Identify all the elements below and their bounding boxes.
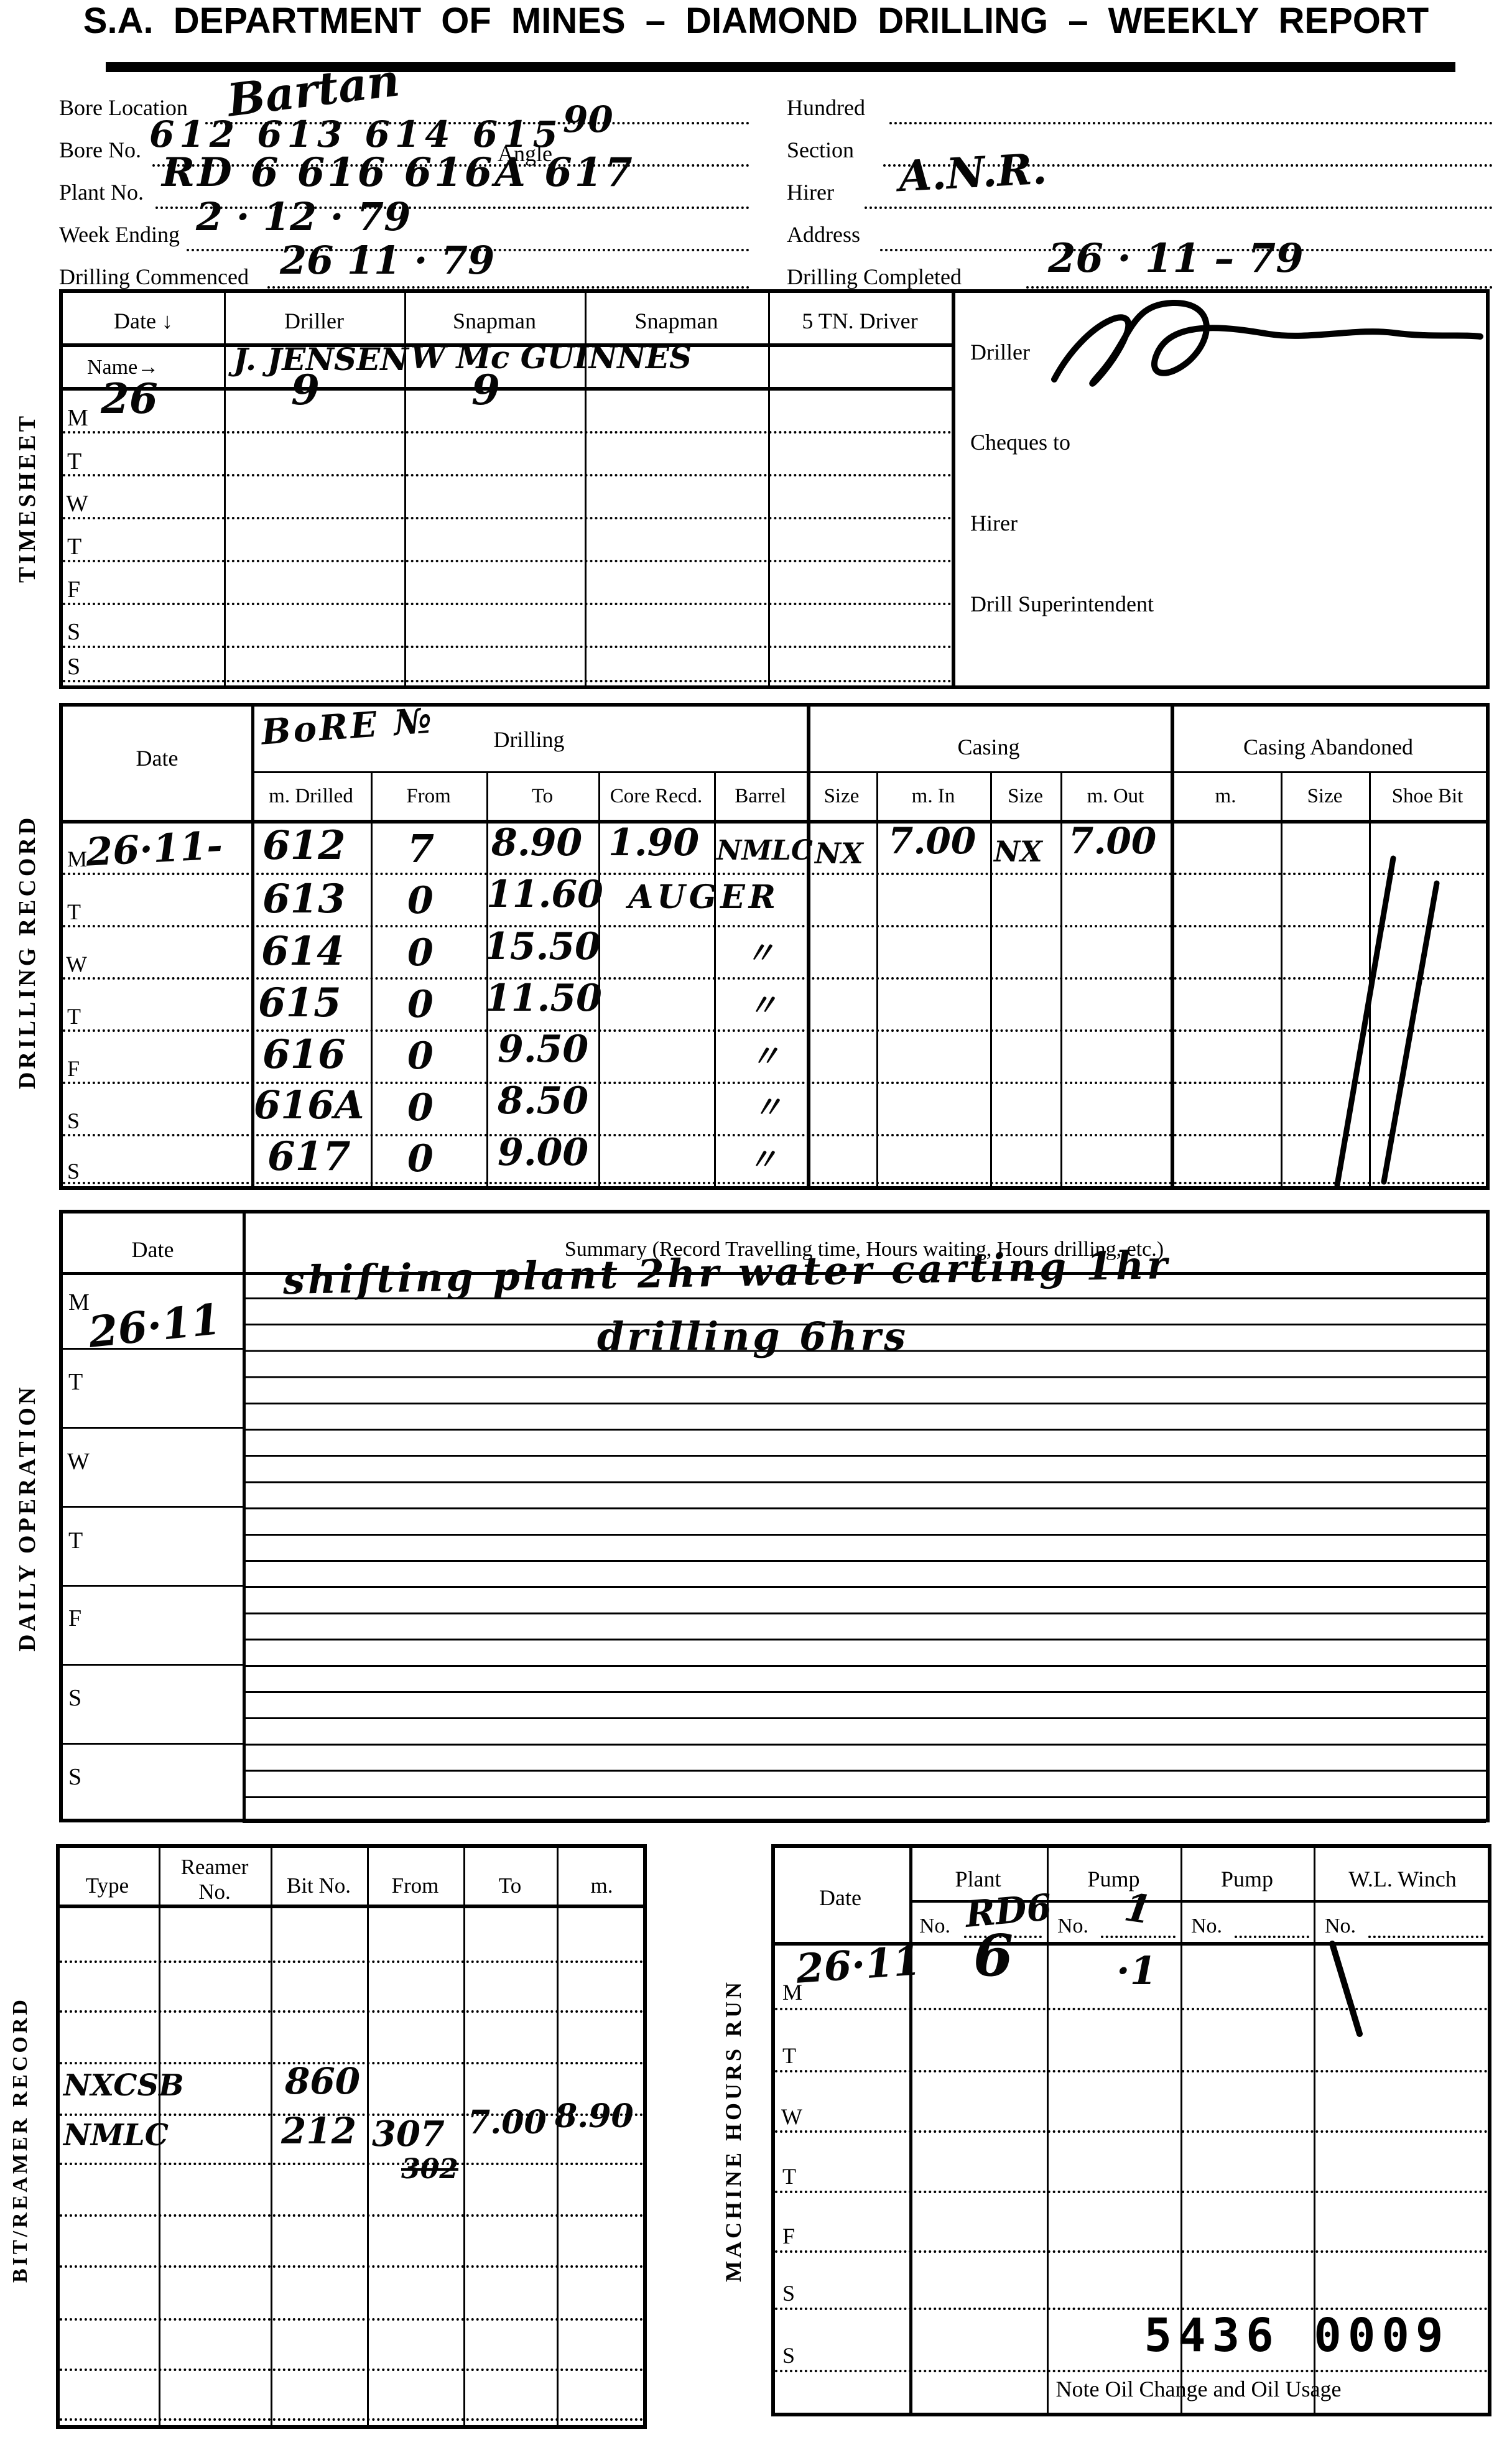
bit-row-line xyxy=(60,2214,643,2217)
timesheet-m-driller-hours: 9 xyxy=(291,366,320,414)
col-ab-size: Size xyxy=(1281,785,1369,808)
dr4-to: 9.50 xyxy=(498,1028,588,1071)
col-m-out: m. Out xyxy=(1060,785,1171,808)
drilling-row-line xyxy=(63,873,1486,875)
machine-m-date: 26·11 xyxy=(795,1937,922,1993)
machine-date-header: Date xyxy=(771,1885,909,1911)
daily-ruled-lines xyxy=(243,1297,1486,1823)
dr0-date: 26·11- xyxy=(85,822,223,875)
machine-pump1-no-label: No. xyxy=(1057,1914,1088,1938)
machine-row-line xyxy=(775,2130,1488,2133)
bore-no-label: Bore No. xyxy=(59,137,141,163)
sig-hirer-label: Hirer xyxy=(970,510,1018,536)
dr3-from: 0 xyxy=(407,983,434,1026)
machine-pump2-no-line xyxy=(1235,1936,1309,1938)
bit-col-type: Type xyxy=(56,1873,159,1898)
machine-row-line xyxy=(775,2370,1488,2372)
machine-plant-no-label: No. xyxy=(919,1914,950,1938)
timesheet-name-rule xyxy=(63,387,952,391)
dr2-bore: 614 xyxy=(261,928,345,975)
drilling-day-s2: S xyxy=(67,1158,80,1184)
bit-col-line xyxy=(463,1848,465,2425)
week-ending-value: 2 · 12 · 79 xyxy=(196,194,410,239)
drilling-row-line xyxy=(63,1182,1486,1184)
drilling-day-t2: T xyxy=(67,1003,81,1029)
casing-abandoned-strikethrough xyxy=(1275,846,1486,1188)
timesheet-sig-divider xyxy=(952,293,955,685)
col-core-recd: Core Recd. xyxy=(598,785,714,808)
machine-pump1-no-line xyxy=(1101,1936,1176,1938)
drilling-day-f: F xyxy=(67,1056,80,1082)
sig-superintendent-label: Drill Superintendent xyxy=(970,591,1154,617)
col-size2: Size xyxy=(990,785,1060,808)
bit-row-line xyxy=(60,1960,643,1963)
sig-driller-label: Driller xyxy=(970,339,1030,365)
timesheet-snapman-name: W Mc GUINNES xyxy=(410,339,692,376)
dr4-from: 0 xyxy=(407,1034,434,1078)
dr0-core: 1.90 xyxy=(608,821,699,865)
drilling-commenced-label: Drilling Commenced xyxy=(59,264,249,290)
drilling-commenced-line xyxy=(267,286,749,289)
bit-col-from: From xyxy=(367,1873,463,1898)
machine-group-pump2: Pump xyxy=(1180,1866,1314,1892)
bit-row5-m: 8.90 xyxy=(555,2097,634,2135)
dr0-size1: NX xyxy=(815,837,863,870)
dr1-core: AUGER xyxy=(628,878,779,916)
bit-row4-bit-no: 860 xyxy=(285,2060,360,2102)
daily-side-label: DAILY OPERATION xyxy=(14,1300,41,1735)
dr6-to: 9.00 xyxy=(498,1131,588,1174)
drilling-side-label: DRILLING RECORD xyxy=(14,753,41,1151)
hirer-value: A.N.R. xyxy=(897,144,1048,202)
dr5-from: 0 xyxy=(407,1086,434,1130)
bit-reamer-side-label: BIT/REAMER RECORD xyxy=(9,1885,32,2395)
col-ab-m: m. xyxy=(1171,785,1281,808)
bit-row-line xyxy=(60,2265,643,2268)
drilling-day-w: W xyxy=(66,951,87,977)
bit-col-m: m. xyxy=(557,1873,647,1898)
daily-date-header: Date xyxy=(63,1237,243,1263)
bit-col-line xyxy=(557,1848,559,2425)
bit-col-line xyxy=(367,1848,369,2425)
machine-side-label: MACHINE HOURS RUN xyxy=(720,1872,746,2388)
dr1-bore: 613 xyxy=(262,876,346,922)
timesheet-side-label: TIMESHEET xyxy=(14,348,41,647)
dr0-m-in: 7.00 xyxy=(888,820,976,862)
dr5-to: 8.50 xyxy=(498,1079,588,1123)
timesheet-day-s2: S xyxy=(67,653,80,680)
bit-row4-type: NXCSB xyxy=(63,2068,184,2103)
drilling-group-casing: Casing xyxy=(807,734,1171,760)
col-shoe-bit: Shoe Bit xyxy=(1369,785,1486,808)
drilling-group-abandoned: Casing Abandoned xyxy=(1171,734,1486,760)
daily-m-summary-line2: drilling 6hrs xyxy=(597,1314,909,1359)
timesheet-row-line xyxy=(63,474,952,476)
page-title: S.A. DEPARTMENT OF MINES – DIAMOND DRILL… xyxy=(0,0,1512,42)
week-ending-label: Week Ending xyxy=(59,221,180,248)
timesheet-col-snapman1: Snapman xyxy=(404,308,585,334)
dr5-bore: 616A xyxy=(254,1082,364,1128)
bit-col-reamer-1: Reamer xyxy=(159,1855,271,1880)
dr2-from: 0 xyxy=(407,931,434,975)
timesheet-driller-name: J. JENSEN xyxy=(233,341,409,378)
col-m-in: m. In xyxy=(876,785,990,808)
timesheet-day-s1: S xyxy=(67,618,80,646)
col-barrel: Barrel xyxy=(714,785,807,808)
machine-day-w: W xyxy=(781,2104,802,2130)
driller-signature xyxy=(1026,283,1486,414)
scanned-weekly-report: S.A. DEPARTMENT OF MINES – DIAMOND DRILL… xyxy=(0,0,1512,2450)
timesheet-row-line xyxy=(63,431,952,434)
timesheet-row-line xyxy=(63,646,952,648)
drilling-casing-divider xyxy=(807,707,810,1186)
daily-day-t1: T xyxy=(68,1368,83,1396)
dr3-barrel: 〃 xyxy=(748,981,777,1024)
dr0-barrel: NMLC xyxy=(717,835,813,866)
machine-row-line xyxy=(775,2191,1488,2193)
dr1-from: 0 xyxy=(407,879,434,922)
machine-oil-note: Note Oil Change and Oil Usage xyxy=(909,2376,1488,2402)
machine-winch-no-line xyxy=(1368,1936,1483,1938)
timesheet-day-f: F xyxy=(67,576,80,603)
bit-row-line xyxy=(60,2369,643,2371)
dr5-barrel: 〃 xyxy=(753,1083,782,1126)
plant-no-value: RD 6 616 616A 617 xyxy=(162,149,635,196)
timesheet-day-m: M xyxy=(67,404,88,432)
machine-day-t2: T xyxy=(782,2163,796,2189)
dr4-barrel: 〃 xyxy=(750,1032,780,1075)
machine-group-winch: W.L. Winch xyxy=(1314,1866,1491,1892)
dr6-barrel: 〃 xyxy=(748,1136,777,1179)
daily-day-f: F xyxy=(68,1605,81,1632)
angle-value: 90 xyxy=(563,98,613,141)
daily-day-t2: T xyxy=(68,1527,83,1554)
hundred-label: Hundred xyxy=(787,95,865,121)
timesheet-row-line xyxy=(63,603,952,605)
plant-no-label: Plant No. xyxy=(59,179,144,205)
machine-row-line xyxy=(775,2008,1488,2010)
dr3-to: 11.50 xyxy=(485,977,602,1020)
timesheet-col-date: Date ↓ xyxy=(63,308,224,334)
drilling-completed-value: 26 · 11 – 79 xyxy=(1048,235,1304,282)
machine-winch-no-label: No. xyxy=(1325,1914,1356,1938)
bit-row-line xyxy=(60,2418,643,2421)
machine-day-f: F xyxy=(782,2223,795,2249)
section-label: Section xyxy=(787,137,854,163)
dr4-bore: 616 xyxy=(262,1031,346,1078)
daily-day-separator xyxy=(59,1506,243,1508)
daily-day-separator xyxy=(59,1743,243,1745)
sig-cheques-label: Cheques to xyxy=(970,429,1070,455)
dr0-bore: 612 xyxy=(262,822,346,869)
machine-m-pump1-hours: ·1 xyxy=(1116,1948,1157,1993)
dr6-bore: 617 xyxy=(267,1133,351,1180)
timesheet-m-snapman-hours: 9 xyxy=(471,366,500,414)
drilling-day-m: M xyxy=(67,846,87,872)
hundred-line xyxy=(889,122,1493,124)
bit-col-bit-no: Bit No. xyxy=(271,1873,367,1898)
timesheet-col-line xyxy=(224,293,226,685)
timesheet-day-w: W xyxy=(66,490,88,517)
col-m-drilled: m. Drilled xyxy=(251,785,371,808)
dr2-to: 15.50 xyxy=(484,925,601,968)
bit-row5-from-scribble: 302 xyxy=(401,2153,458,2185)
daily-day-w: W xyxy=(67,1448,90,1475)
machine-m-pump2-mark xyxy=(1319,1937,1375,2043)
bit-header-rule xyxy=(60,1905,643,1908)
machine-m-plant-hours: 6 xyxy=(973,1922,1013,1989)
daily-day-separator xyxy=(59,1427,243,1429)
dr1-to: 11.60 xyxy=(486,873,603,916)
timesheet-col-driver: 5 TN. Driver xyxy=(768,308,952,334)
bit-row-line xyxy=(60,2010,643,2013)
machine-stamp-number: 5436 0009 xyxy=(1113,2309,1480,2362)
timesheet-col-snapman2: Snapman xyxy=(585,308,768,334)
machine-row-line xyxy=(775,2070,1488,2072)
bit-col-to: To xyxy=(463,1873,557,1898)
drilling-group-rule xyxy=(251,771,1486,773)
bit-row-line xyxy=(60,2318,643,2321)
timesheet-row-line xyxy=(63,560,952,562)
drilling-day-t1: T xyxy=(67,899,81,925)
timesheet-day-t2: T xyxy=(67,533,81,560)
drilling-abandoned-divider xyxy=(1171,707,1174,1186)
timesheet-row-line xyxy=(63,680,952,682)
drilling-completed-label: Drilling Completed xyxy=(787,264,962,290)
bit-row5-from: 307 xyxy=(372,2114,445,2155)
machine-row-line xyxy=(775,2250,1488,2253)
machine-pump2-no-label: No. xyxy=(1191,1914,1222,1938)
dr3-bore: 615 xyxy=(258,980,341,1026)
dr0-size2: NX xyxy=(994,835,1042,868)
dr6-from: 0 xyxy=(407,1137,434,1181)
timesheet-col-line xyxy=(768,293,770,685)
drilling-date-header: Date xyxy=(63,745,251,771)
machine-group-pump1: Pump xyxy=(1047,1866,1180,1892)
drilling-row-line xyxy=(63,925,1486,927)
bit-row-line xyxy=(60,2163,643,2165)
bit-row5-to: 7.00 xyxy=(468,2104,547,2141)
timesheet-col-driller: Driller xyxy=(224,308,404,334)
bit-row5-bit-no: 212 xyxy=(281,2110,356,2152)
daily-day-separator xyxy=(59,1664,243,1666)
dr0-from: 7 xyxy=(407,826,434,871)
col-to: To xyxy=(486,785,598,808)
address-label: Address xyxy=(787,221,860,248)
col-size1: Size xyxy=(807,785,876,808)
machine-day-t1: T xyxy=(782,2043,796,2069)
timesheet-day-t1: T xyxy=(67,448,81,475)
dr0-m-out: 7.00 xyxy=(1069,820,1156,862)
bit-col-line xyxy=(271,1848,272,2425)
drilling-commenced-value: 26 11 · 79 xyxy=(280,238,494,283)
machine-day-s2: S xyxy=(782,2342,795,2369)
drilling-day-s1: S xyxy=(67,1108,80,1134)
timesheet-m-date: 26 xyxy=(101,374,158,423)
dr2-barrel: 〃 xyxy=(745,929,775,972)
daily-day-s1: S xyxy=(68,1684,81,1712)
machine-day-s1: S xyxy=(782,2280,795,2306)
hirer-line xyxy=(865,206,1493,209)
dr0-to: 8.90 xyxy=(491,821,582,865)
col-from: From xyxy=(371,785,486,808)
bit-row5-type: NMLC xyxy=(63,2118,169,2153)
hirer-label: Hirer xyxy=(787,179,834,205)
daily-day-s2: S xyxy=(68,1763,81,1791)
daily-day-separator xyxy=(59,1585,243,1587)
timesheet-row-line xyxy=(63,517,952,519)
bit-col-reamer-2: No. xyxy=(159,1880,271,1905)
